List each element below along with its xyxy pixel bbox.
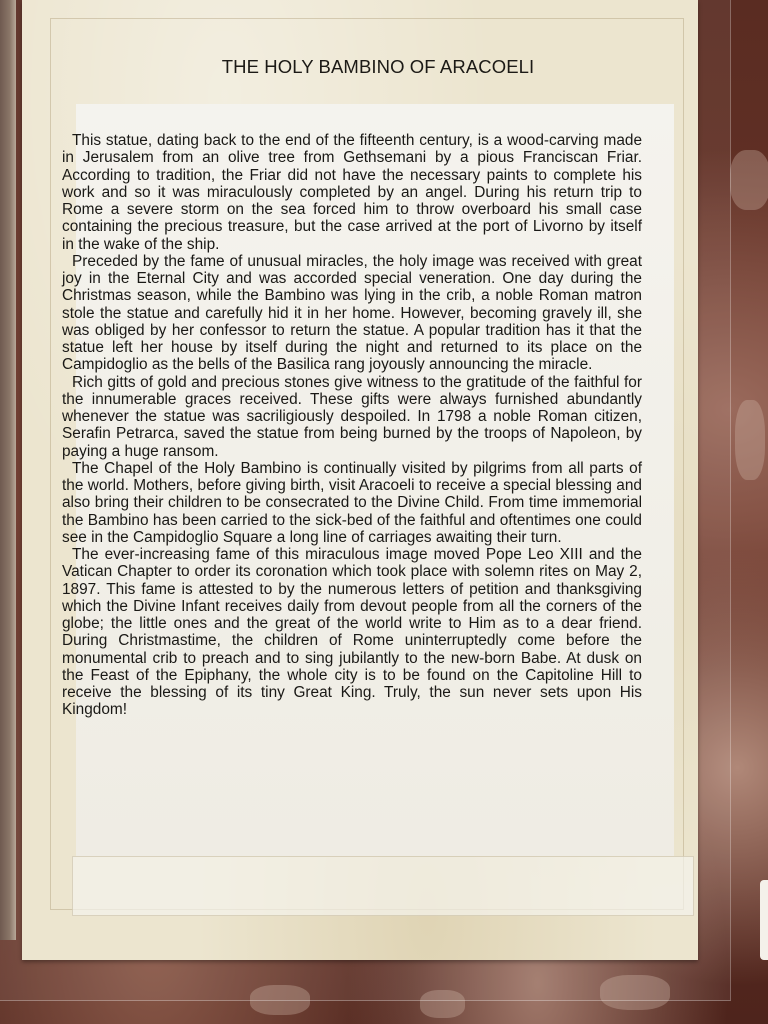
paragraph-origin: This statue, dating back to the end of t… — [62, 132, 642, 253]
title-area: THE HOLY BAMBINO OF ARACOELI — [22, 56, 698, 78]
document-body: This statue, dating back to the end of t… — [62, 132, 642, 719]
paragraph-gifts: Rich gitts of gold and precious stones g… — [62, 374, 642, 460]
paragraph-miracles: Preceded by the fame of unusual miracles… — [62, 253, 642, 374]
adjacent-card-edge — [760, 880, 768, 960]
paragraph-chapel: The Chapel of the Holy Bambino is contin… — [62, 460, 642, 546]
blank-label-area — [72, 856, 694, 916]
marble-vein — [735, 400, 765, 480]
frame-edge — [0, 0, 16, 940]
paragraph-coronation: The ever-increasing fame of this miracul… — [62, 546, 642, 719]
document-title: THE HOLY BAMBINO OF ARACOELI — [222, 56, 535, 78]
marble-vein — [730, 150, 768, 210]
